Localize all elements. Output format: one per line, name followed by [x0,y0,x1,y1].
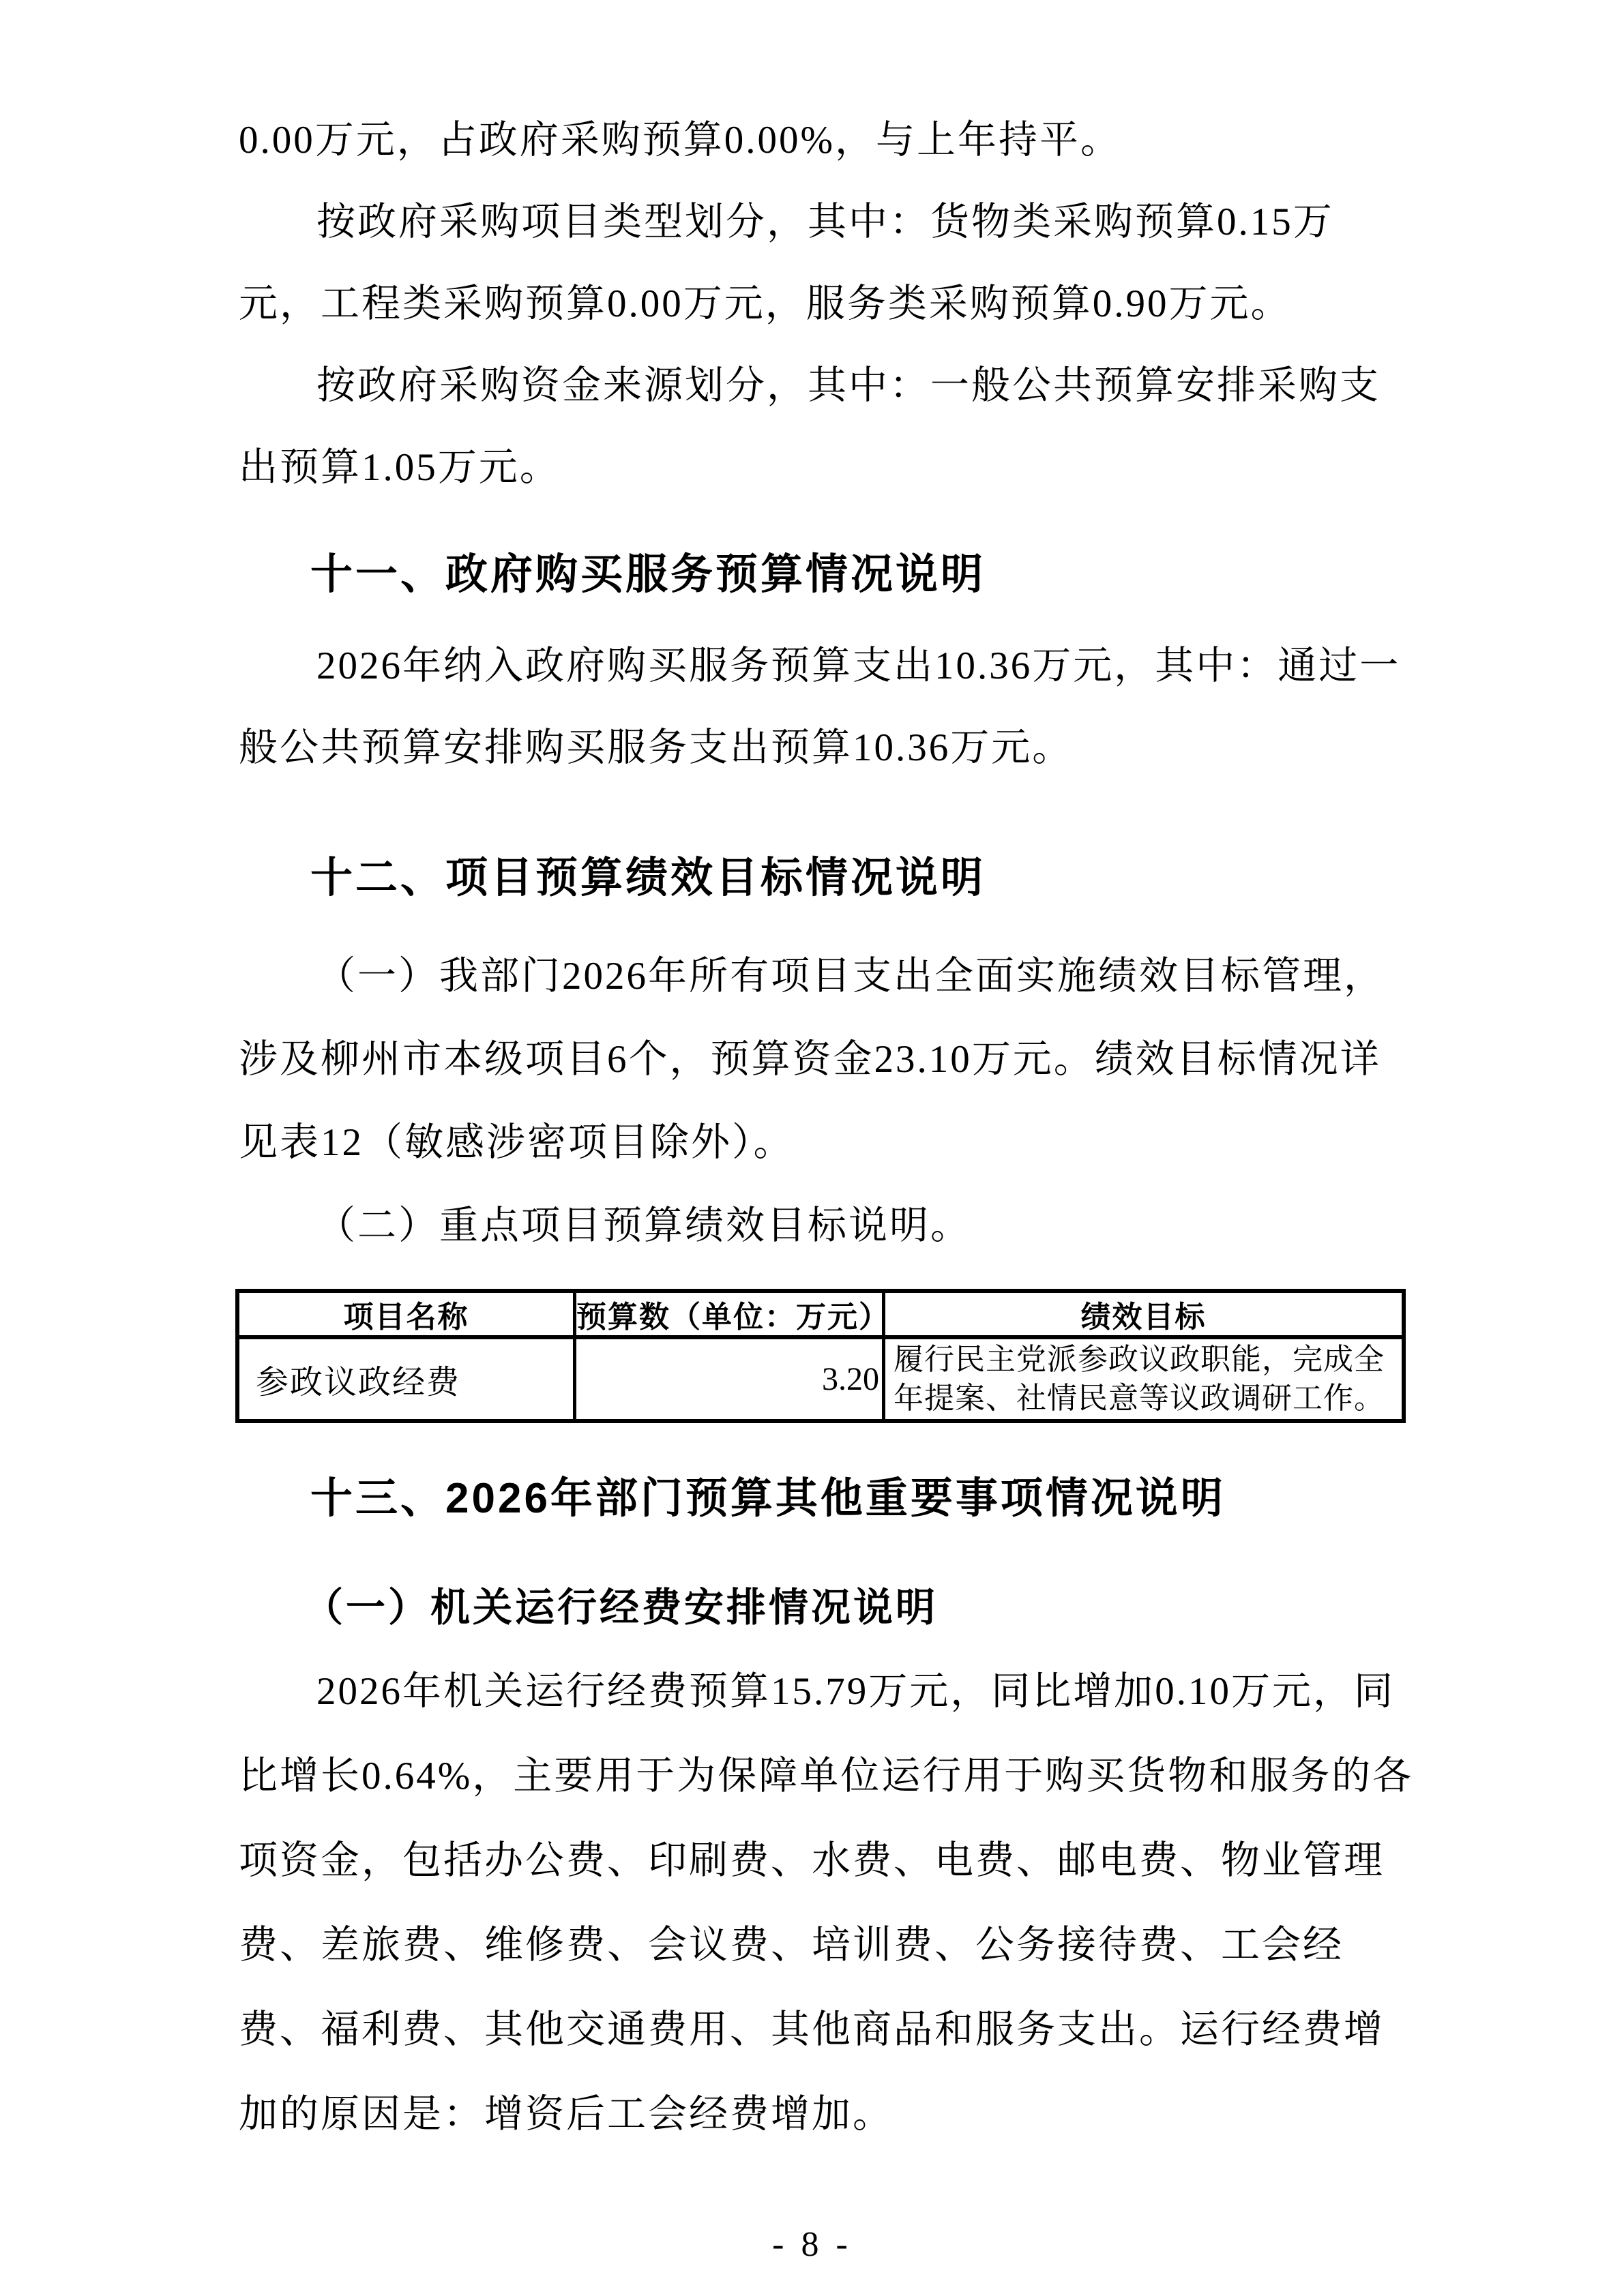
section-heading-12: 十二、项目预算绩效目标情况说明 [310,849,986,908]
table-header-row: 项目名称 预算数（单位：万元） 绩效目标 [239,1293,1402,1339]
body-line: 加的原因是：增资后工会经费增加。 [239,2072,1395,2157]
section-heading-11: 十一、政府购买服务预算情况说明 [310,546,986,604]
paragraph-section-12: （一）我部门2026年所有项目支出全面实施绩效目标管理， 涉及柳州市本级项目6个… [239,935,1395,1268]
paragraph-section-11: 2026年纳入政府购买服务预算支出10.36万元，其中：通过一 般公共预算安排购… [239,625,1395,789]
table-header-project-name: 项目名称 [239,1293,576,1335]
body-line: 出预算1.05万元。 [239,427,1395,509]
document-page: 0.00万元，占政府采购预算0.00%，与上年持平。 按政府采购项目类型划分，其… [0,0,1624,2296]
section-heading-13: 十三、2026年部门预算其他重要事项情况说明 [310,1470,1226,1528]
body-line: 项资金，包括办公费、印刷费、水费、电费、邮电费、物业管理 [239,1819,1395,1903]
body-line: 费、福利费、其他交通费用、其他商品和服务支出。运行经费增 [239,1988,1395,2072]
body-line: （一）我部门2026年所有项目支出全面实施绩效目标管理， [239,935,1395,1018]
body-line: 见表12（敏感涉密项目除外）。 [239,1101,1395,1184]
table-header-performance-target: 绩效目标 [885,1293,1402,1335]
body-line: 般公共预算安排购买服务支出预算10.36万元。 [239,707,1395,789]
performance-target-table: 项目名称 预算数（单位：万元） 绩效目标 参政议政经费 3.20 履行民主党派参… [235,1289,1406,1423]
section-subheading-13-1: （一）机关运行经费安排情况说明 [304,1579,938,1637]
body-line: 2026年机关运行经费预算15.79万元，同比增加0.10万元，同 [239,1650,1395,1734]
table-row: 参政议政经费 3.20 履行民主党派参政议政职能，完成全年提案、社情民意等议政调… [239,1339,1402,1419]
body-line: 按政府采购资金来源划分，其中：一般公共预算安排采购支 [239,345,1395,427]
body-line: 费、差旅费、维修费、会议费、培训费、公务接待费、工会经 [239,1903,1395,1988]
body-line: 按政府采购项目类型划分，其中：货物类采购预算0.15万 [239,181,1395,263]
paragraph-gov-procurement: 0.00万元，占政府采购预算0.00%，与上年持平。 按政府采购项目类型划分，其… [239,100,1395,509]
body-line: 2026年纳入政府购买服务预算支出10.36万元，其中：通过一 [239,625,1395,707]
body-line: 0.00万元，占政府采购预算0.00%，与上年持平。 [239,100,1395,181]
table-header-budget: 预算数（单位：万元） [576,1293,885,1335]
table-cell-project-name: 参政议政经费 [239,1339,576,1419]
body-line: 元，工程类采购预算0.00万元，服务类采购预算0.90万元。 [239,263,1395,345]
table-cell-budget: 3.20 [576,1339,885,1419]
body-line: 比增长0.64%，主要用于为保障单位运行用于购买货物和服务的各 [239,1734,1395,1819]
table-cell-performance-target: 履行民主党派参政议政职能，完成全年提案、社情民意等议政调研工作。 [885,1339,1402,1419]
body-line: （二）重点项目预算绩效目标说明。 [239,1184,1395,1268]
paragraph-section-13: 2026年机关运行经费预算15.79万元，同比增加0.10万元，同 比增长0.6… [239,1650,1395,2157]
page-number: - 8 - [0,2224,1624,2265]
body-line: 涉及柳州市本级项目6个，预算资金23.10万元。绩效目标情况详 [239,1018,1395,1101]
